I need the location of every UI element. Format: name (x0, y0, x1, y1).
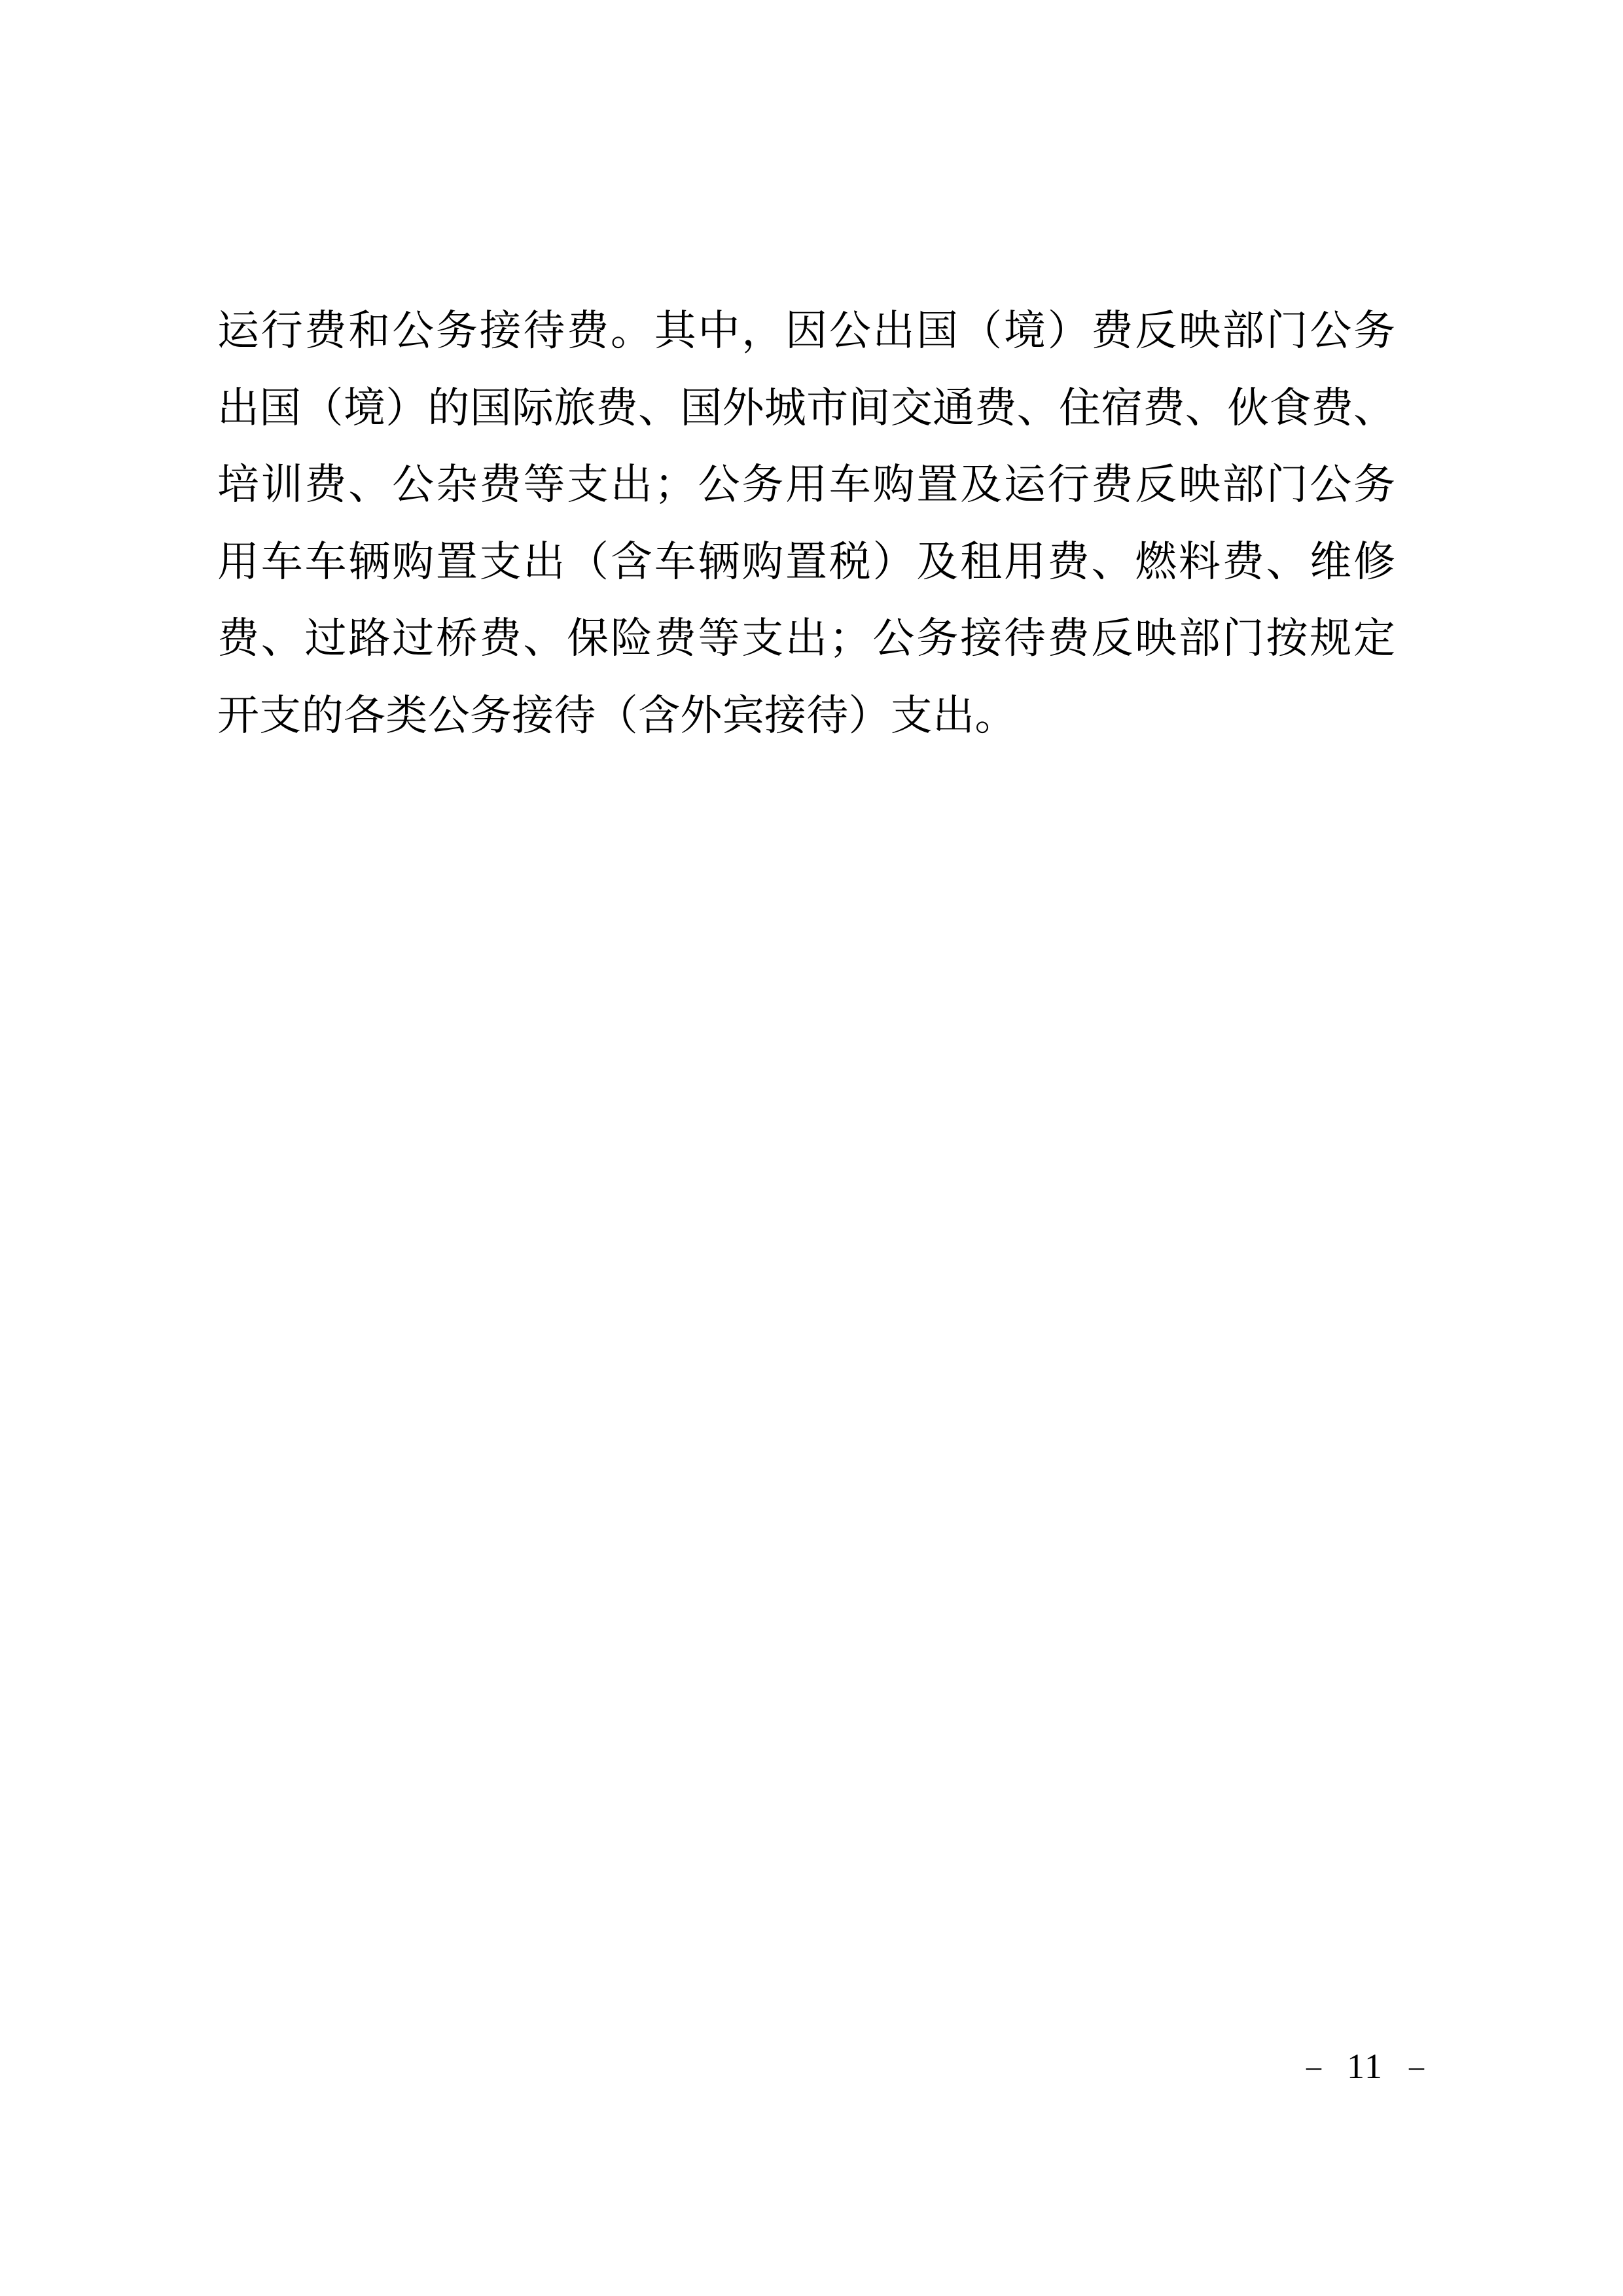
paragraph-line-5: 费、过路过桥费、保险费等支出；公务接待费反映部门按规定 (217, 607, 1395, 685)
paragraph-line-1: 运行费和公务接待费。其中，因公出国（境）费反映部门公务 (217, 300, 1395, 377)
page-number-dash-left: – (1306, 2043, 1321, 2089)
body-paragraph: 运行费和公务接待费。其中，因公出国（境）费反映部门公务 出国（境）的国际旅费、国… (217, 300, 1395, 762)
paragraph-line-2: 出国（境）的国际旅费、国外城市间交通费、住宿费、伙食费、 (217, 377, 1395, 454)
paragraph-line-4: 用车车辆购置支出（含车辆购置税）及租用费、燃料费、维修 (217, 531, 1395, 608)
document-page: 运行费和公务接待费。其中，因公出国（境）费反映部门公务 出国（境）的国际旅费、国… (0, 0, 1623, 2296)
paragraph-line-3: 培训费、公杂费等支出；公务用车购置及运行费反映部门公务 (217, 454, 1395, 531)
page-number-dash-right: – (1409, 2043, 1424, 2089)
paragraph-line-6: 开支的各类公务接待（含外宾接待）支出。 (217, 685, 1395, 762)
page-number: – 11 – (1306, 2043, 1424, 2089)
page-number-value: 11 (1347, 2043, 1383, 2089)
